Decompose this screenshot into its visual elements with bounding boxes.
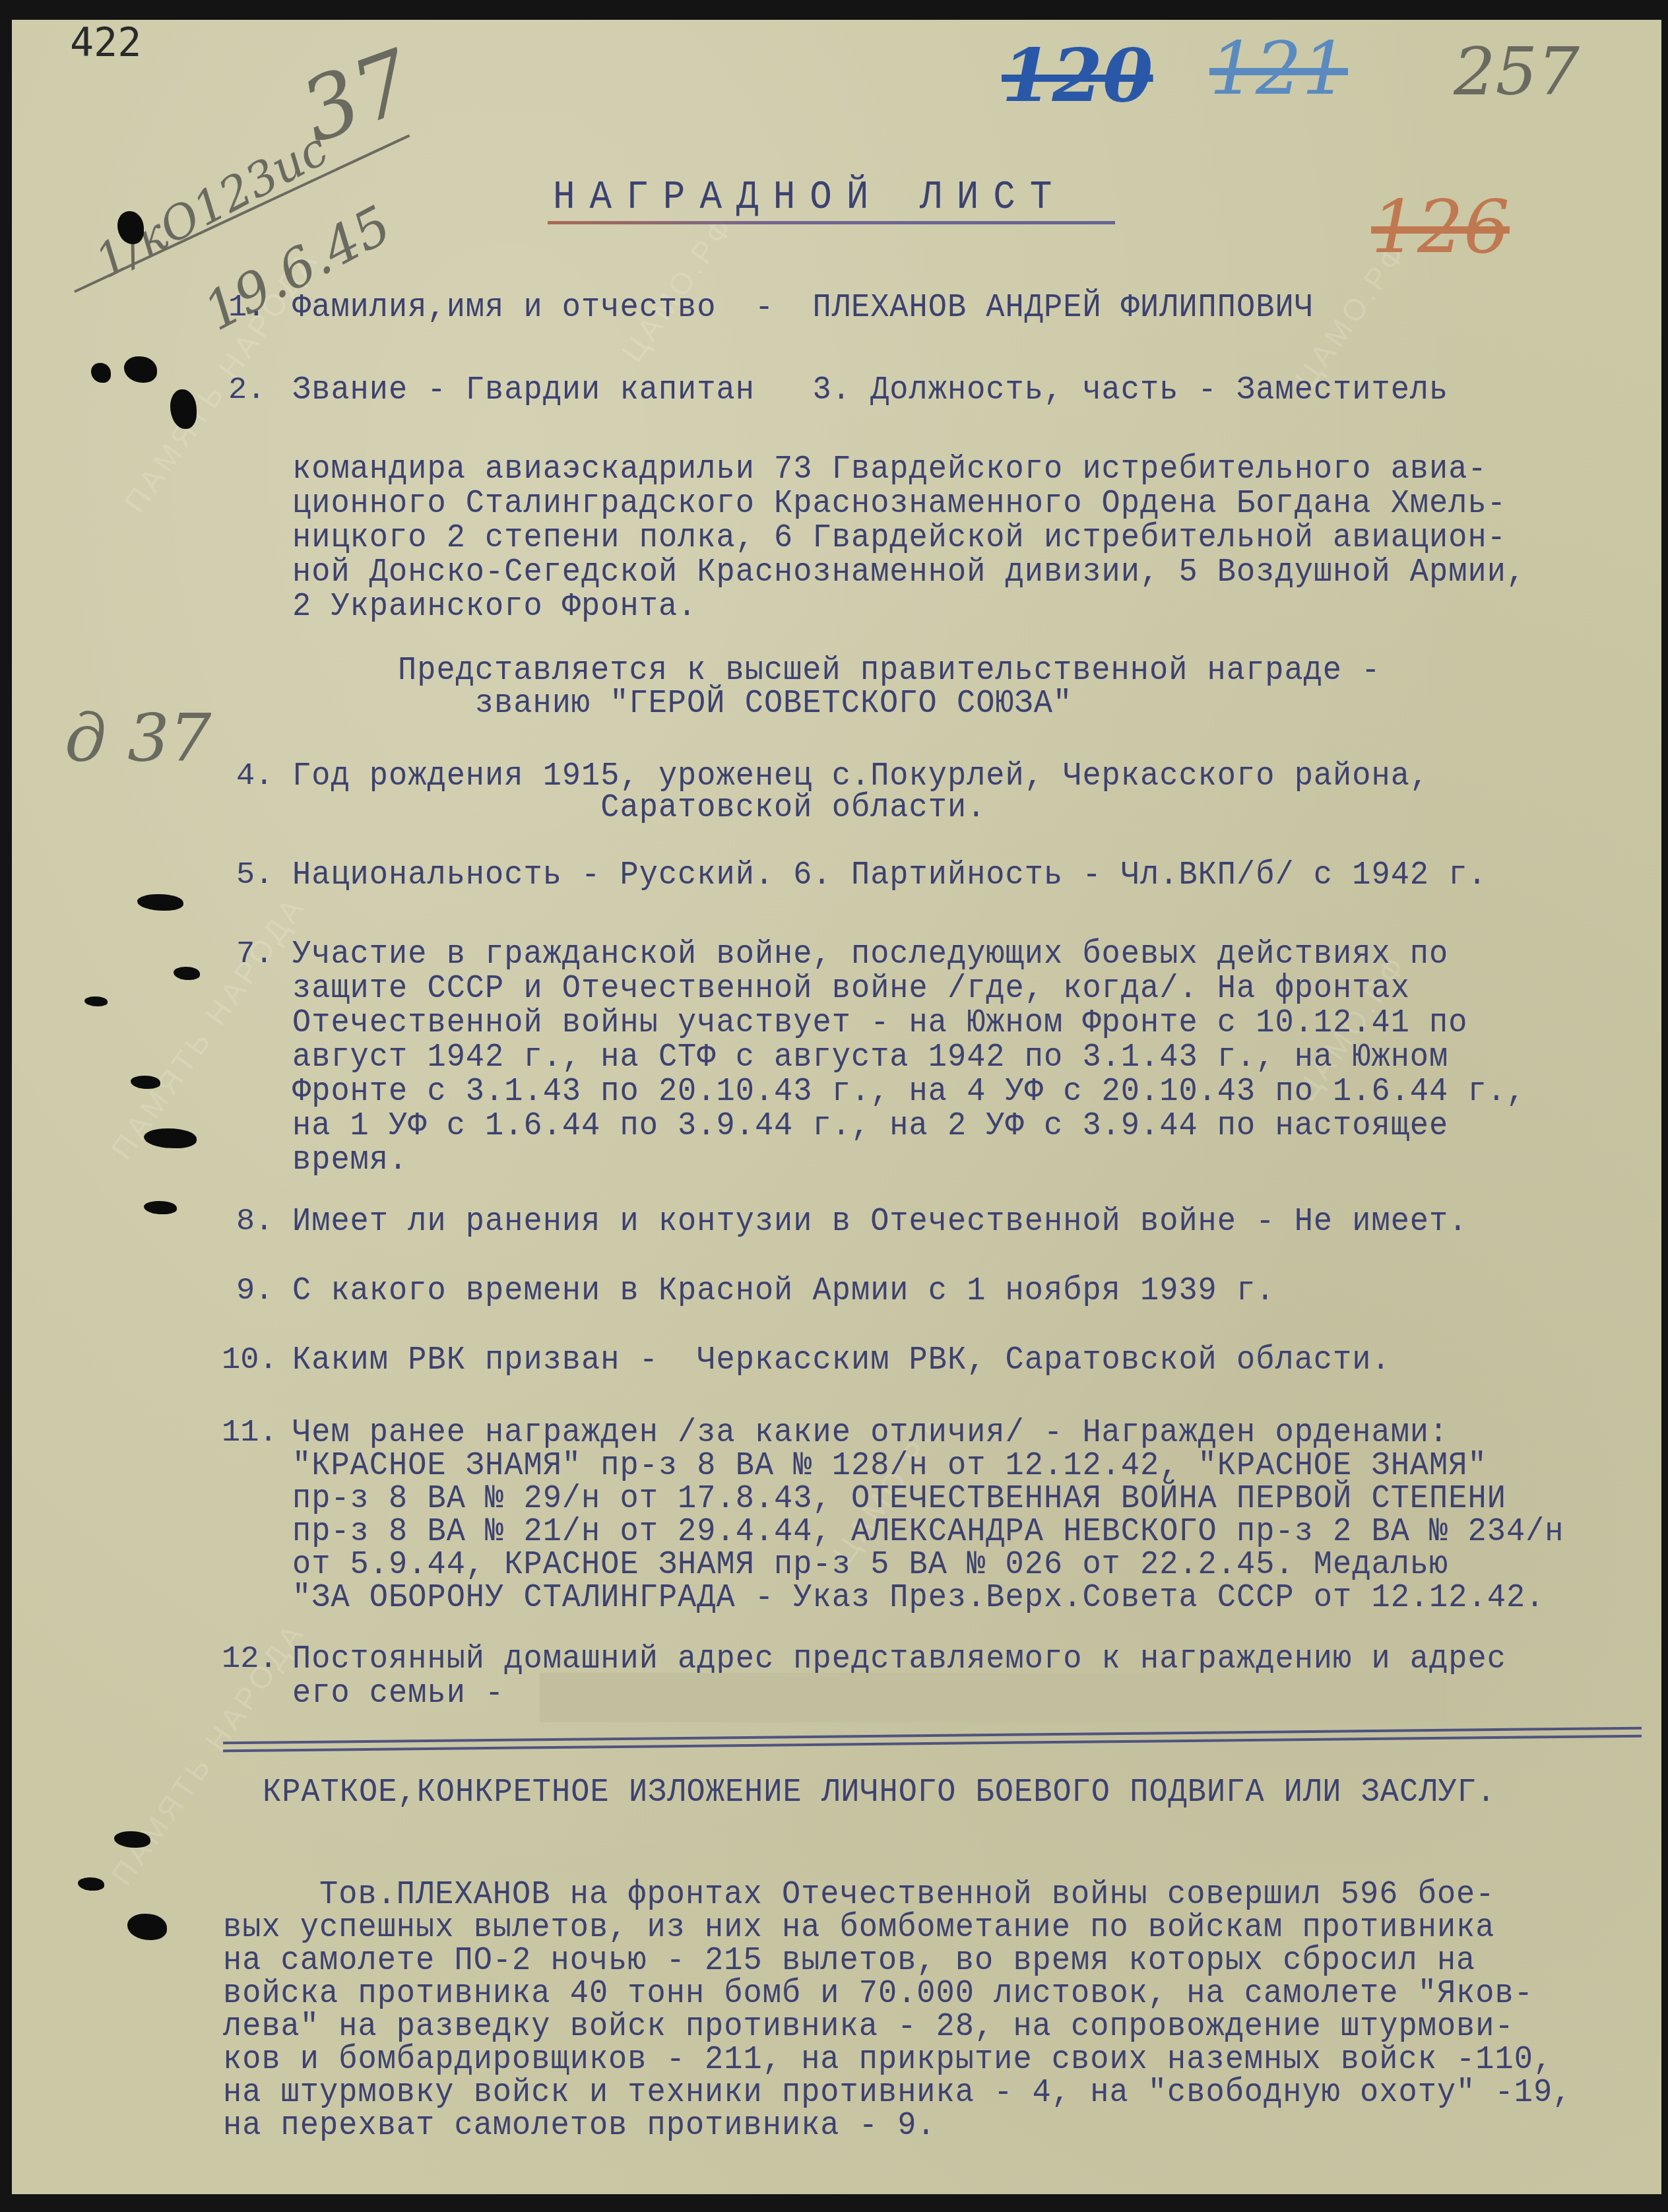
nationality-party-line: Национальность - Русский. 6. Партийность…: [292, 858, 1487, 894]
award-sheet: ПАМЯТЬ НАРОДА ЦАМО.РФ ЦАМО.РФ ПАМЯТЬ НАР…: [12, 20, 1661, 2194]
item-full-name: Фамилия,имя и отчество - ПЛЕХАНОВ АНДРЕЙ…: [292, 290, 1314, 326]
unit-line: ной Донско-Сегедской Краснознаменной див…: [292, 555, 1525, 591]
awards-line: пр-з 8 ВА № 21/н от 29.4.44, АЛЕКСАНДРА …: [292, 1514, 1564, 1550]
item-number: 9.: [236, 1274, 273, 1309]
blue-pencil-number-struck: 121: [1209, 26, 1348, 111]
punch-hole: [124, 356, 157, 383]
pencil-margin-note: д 37: [65, 699, 211, 777]
item-number: 10.: [222, 1343, 278, 1378]
service-line: Участие в гражданской войне, последующих…: [292, 937, 1448, 973]
nomination-line: званию "ГЕРОЙ СОВЕТСКОГО СОЮЗА": [398, 686, 1072, 722]
address-line: его семьи -: [292, 1676, 504, 1712]
birth-line: Саратовской области.: [292, 791, 986, 826]
narrative-line: лева" на разведку войск противника - 28,…: [223, 2009, 1514, 2045]
item-number: 8.: [236, 1204, 273, 1239]
item-number: 1.: [228, 290, 265, 325]
section-divider: [223, 1735, 1642, 1753]
document-title: НАГРАДНОЙ ЛИСТ: [553, 179, 1066, 215]
army-since-line: С какого времени в Красной Армии с 1 ноя…: [292, 1274, 1275, 1309]
service-line: Отечественной войны участвует - на Южном…: [292, 1006, 1467, 1041]
watermark: ПАМЯТЬ НАРОДА: [104, 889, 312, 1166]
watermark: ПАМЯТЬ НАРОДА: [104, 1615, 312, 1892]
punch-hole: [137, 894, 183, 911]
punch-hole: [78, 1877, 104, 1891]
punch-hole: [84, 996, 108, 1006]
draft-office-line: Каким РВК призван - Черкасским РВК, Сара…: [292, 1343, 1391, 1379]
punch-hole: [144, 1128, 197, 1148]
stamp-number: 422: [70, 20, 141, 66]
item-rank-position: Звание - Гвардии капитан 3. Должность, ч…: [292, 373, 1448, 408]
redacted-address: [540, 1673, 1447, 1722]
punch-hole: [144, 1201, 177, 1214]
awards-line: пр-з 8 ВА № 29/н от 17.8.43, ОТЕЧЕСТВЕНН…: [292, 1481, 1506, 1517]
narrative-line: на штурмовку войск и техники противника …: [223, 2075, 1572, 2111]
narrative-line: на перехват самолетов противника - 9.: [223, 2108, 936, 2144]
punch-hole: [131, 1076, 160, 1089]
nomination-line: Представляется к высшей правительственно…: [398, 653, 1380, 689]
unit-line: 2 Украинского Фронта.: [292, 589, 697, 625]
awards-line: "ЗА ОБОРОНУ СТАЛИНГРАДА - Указ През.Верх…: [292, 1580, 1545, 1616]
service-line: время.: [292, 1143, 408, 1179]
red-pencil-number-struck: 126: [1371, 185, 1510, 269]
punch-hole: [91, 363, 111, 383]
service-line: на 1 УФ с 1.6.44 по 3.9.44 г., на 2 УФ с…: [292, 1109, 1448, 1144]
awards-line: "КРАСНОЕ ЗНАМЯ" пр-з 8 ВА № 128/н от 12.…: [292, 1448, 1487, 1484]
narrative-line: на самолете ПО-2 ночью - 215 вылетов, во…: [223, 1943, 1475, 1979]
service-line: защите СССР и Отечественной войне /где, …: [292, 971, 1410, 1007]
narrative-line: войска противника 40 тонн бомб и 70.000 …: [223, 1976, 1533, 2012]
service-line: август 1942 г., на СТФ с августа 1942 по…: [292, 1040, 1448, 1076]
unit-line: ницкого 2 степени полка, 6 Гвардейской и…: [292, 521, 1506, 556]
awards-line: от 5.9.44, КРАСНОЕ ЗНАМЯ пр-з 5 ВА № 026…: [292, 1547, 1448, 1583]
blue-ink-number-struck: 120: [1002, 33, 1153, 118]
item-number: 5.: [236, 858, 273, 893]
section-heading: КРАТКОЕ,КОНКРЕТНОЕ ИЗЛОЖЕНИЕ ЛИЧНОГО БОЕ…: [263, 1775, 1496, 1811]
pencil-number: 257: [1454, 33, 1580, 110]
unit-line: командира авиаэскадрильи 73 Гвардейского…: [292, 452, 1487, 488]
service-line: Фронте с 3.1.43 по 20.10.43 г., на 4 УФ …: [292, 1074, 1525, 1110]
punch-hole: [114, 1831, 150, 1848]
item-number: 12.: [222, 1642, 278, 1677]
item-number: 4.: [236, 759, 273, 794]
title-underline: [548, 221, 1115, 224]
item-number: 7.: [236, 937, 273, 972]
item-number: 2.: [228, 373, 265, 408]
narrative-line: вых успешных вылетов, из них на бомбомет…: [223, 1910, 1495, 1946]
item-number: 11.: [222, 1415, 278, 1450]
address-line: Постоянный домашний адрес представляемог…: [292, 1642, 1506, 1677]
unit-line: ционного Сталинградского Краснознаменног…: [292, 486, 1506, 522]
narrative-line: Тов.ПЛЕХАНОВ на фронтах Отечественной во…: [223, 1877, 1495, 1913]
punch-hole: [174, 967, 200, 980]
narrative-line: ков и бомбардировщиков - 211, на прикрыт…: [223, 2042, 1553, 2078]
wounds-line: Имеет ли ранения и контузии в Отечествен…: [292, 1204, 1467, 1240]
awards-line: Чем ранее награжден /за какие отличия/ -…: [292, 1415, 1448, 1451]
punch-hole: [127, 1914, 167, 1940]
